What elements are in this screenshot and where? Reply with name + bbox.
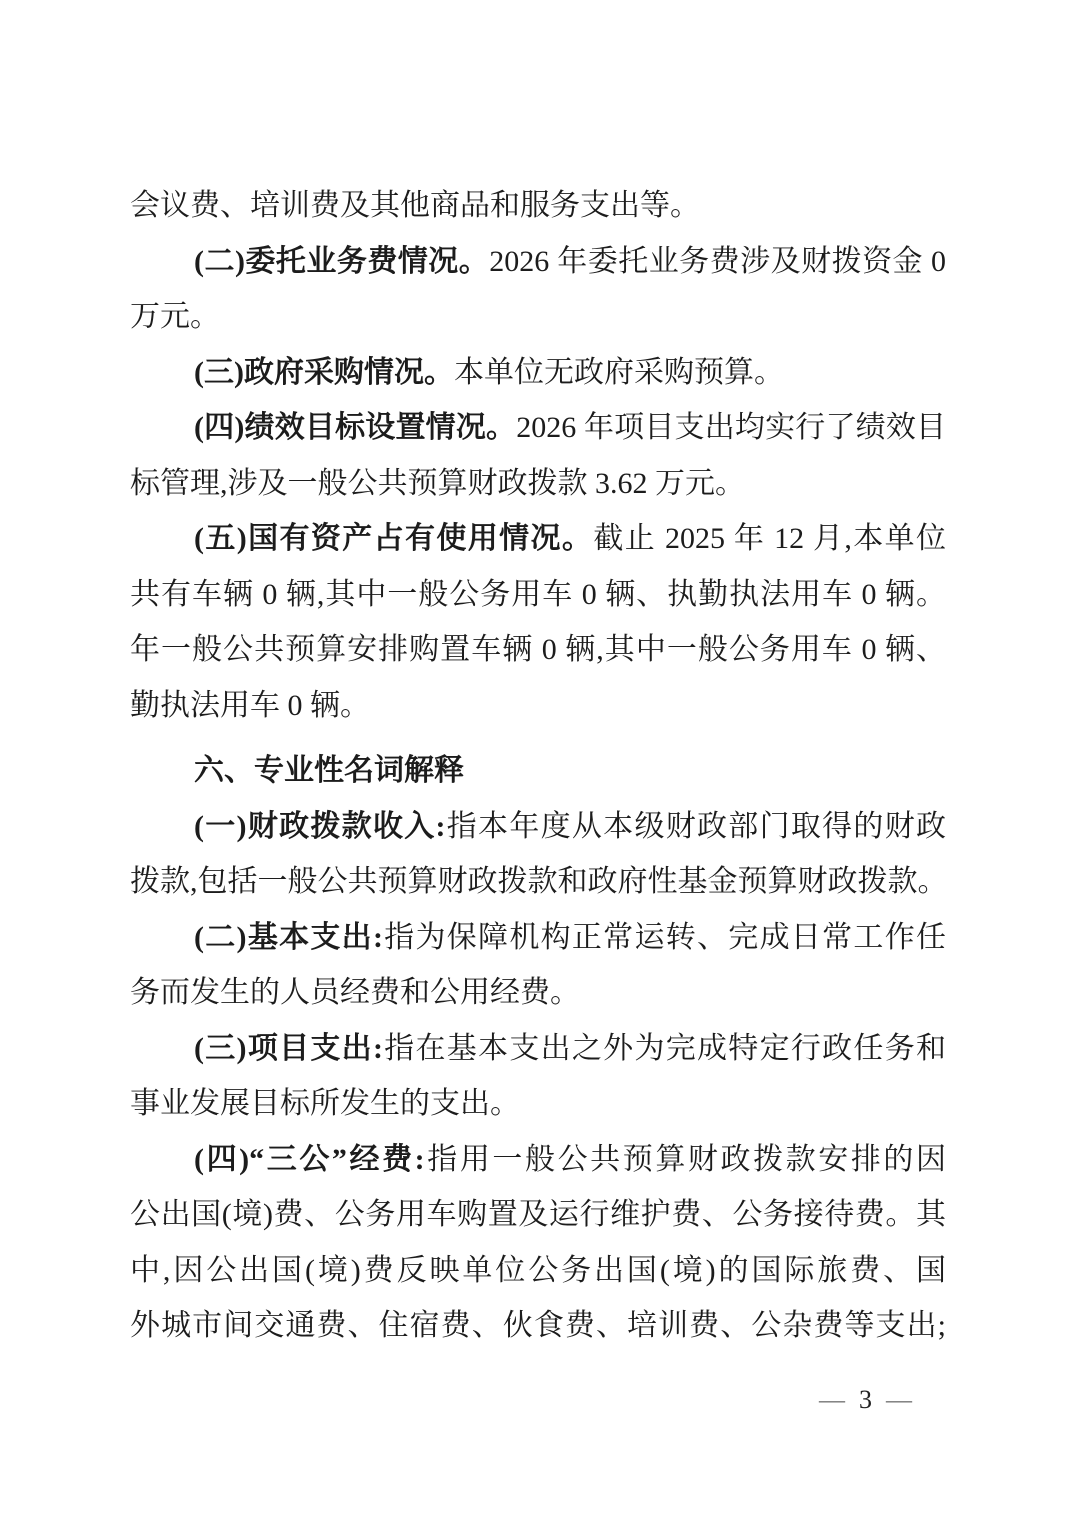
- text-line: 事业发展目标所发生的支出。: [130, 1076, 946, 1132]
- text-segment: 年一般公共预算安排购置车辆 0 辆,其中一般公务用车 0 辆、执: [130, 633, 946, 678]
- text-line: (四)“三公”经费:指用一般公共预算财政拨款安排的因: [130, 1132, 946, 1188]
- bold-text-segment: 六、专业性名词解释: [194, 754, 464, 787]
- text-line: (二)基本支出:指为保障机构正常运转、完成日常工作任: [130, 910, 946, 966]
- text-segment: 2026 年项目支出均实行了绩效目: [516, 411, 946, 444]
- text-segment: 中,因公出国(境)费反映单位公务出国(境)的国际旅费、国: [130, 1254, 946, 1287]
- text-line: 外城市间交通费、住宿费、伙食费、培训费、公杂费等支出;公: [130, 1298, 946, 1354]
- text-line: (三)政府采购情况。本单位无政府采购预算。: [130, 345, 946, 401]
- text-line: 务而发生的人员经费和公用经费。: [130, 965, 946, 1021]
- footer-page-number: 3: [859, 1385, 872, 1414]
- text-segment: 截止 2025 年 12 月,本单位: [593, 522, 946, 555]
- text-line: (五)国有资产占有使用情况。截止 2025 年 12 月,本单位: [130, 511, 946, 567]
- text-segment: 指在基本支出之外为完成特定行政任务和: [383, 1032, 946, 1065]
- bold-text-segment: (五)国有资产占有使用情况。: [194, 522, 593, 555]
- bold-text-segment: (一)财政拨款收入:: [194, 810, 446, 843]
- text-line: 标管理,涉及一般公共预算财政拨款 3.62 万元。: [130, 456, 946, 512]
- text-line: 年一般公共预算安排购置车辆 0 辆,其中一般公务用车 0 辆、执: [130, 622, 946, 678]
- bold-text-segment: (三)政府采购情况。: [194, 356, 454, 389]
- bold-text-segment: (二)基本支出:: [194, 921, 383, 954]
- text-line: (四)绩效目标设置情况。2026 年项目支出均实行了绩效目: [130, 400, 946, 456]
- section-heading: 六、专业性名词解释: [130, 743, 946, 799]
- text-segment: 事业发展目标所发生的支出。: [130, 1087, 520, 1120]
- text-line: (二)委托业务费情况。2026 年委托业务费涉及财拨资金 0: [130, 234, 946, 290]
- text-segment: 指为保障机构正常运转、完成日常工作任: [383, 921, 946, 954]
- text-line: (三)项目支出:指在基本支出之外为完成特定行政任务和: [130, 1021, 946, 1077]
- text-line: 拨款,包括一般公共预算财政拨款和政府性基金预算财政拨款。: [130, 854, 946, 910]
- footer-left-dash: —: [819, 1385, 845, 1414]
- text-segment: 拨款,包括一般公共预算财政拨款和政府性基金预算财政拨款。: [130, 865, 948, 898]
- text-line: (一)财政拨款收入:指本年度从本级财政部门取得的财政: [130, 799, 946, 855]
- page-footer: —3—: [0, 1385, 1074, 1415]
- document-body: 会议费、培训费及其他商品和服务支出等。(二)委托业务费情况。2026 年委托业务…: [130, 178, 946, 1354]
- text-segment: 公出国(境)费、公务用车购置及运行维护费、公务接待费。其: [130, 1198, 946, 1231]
- text-segment: 本单位无政府采购预算。: [454, 356, 784, 389]
- text-segment: 外城市间交通费、住宿费、伙食费、培训费、公杂费等支出;公: [130, 1309, 946, 1354]
- text-segment: 指本年度从本级财政部门取得的财政: [446, 810, 947, 843]
- bold-text-segment: (四)绩效目标设置情况。: [194, 411, 516, 444]
- text-segment: 指用一般公共预算财政拨款安排的因: [425, 1143, 946, 1176]
- text-line: 中,因公出国(境)费反映单位公务出国(境)的国际旅费、国: [130, 1243, 946, 1299]
- text-line: 公出国(境)费、公务用车购置及运行维护费、公务接待费。其: [130, 1187, 946, 1243]
- bold-text-segment: (四)“三公”经费:: [194, 1143, 425, 1176]
- text-segment: 标管理,涉及一般公共预算财政拨款 3.62 万元。: [130, 467, 745, 500]
- text-line: 万元。: [130, 289, 946, 345]
- text-segment: 务而发生的人员经费和公用经费。: [130, 976, 580, 1009]
- bold-text-segment: (二)委托业务费情况。: [194, 245, 489, 278]
- text-segment: 勤执法用车 0 辆。: [130, 689, 370, 722]
- text-segment: 共有车辆 0 辆,其中一般公务用车 0 辆、执勤执法用车 0 辆。2026: [130, 578, 946, 623]
- text-line: 共有车辆 0 辆,其中一般公务用车 0 辆、执勤执法用车 0 辆。2026: [130, 567, 946, 623]
- text-segment: 万元。: [130, 300, 220, 333]
- text-segment: 2026 年委托业务费涉及财拨资金 0: [489, 245, 946, 278]
- footer-right-dash: —: [886, 1385, 912, 1414]
- bold-text-segment: (三)项目支出:: [194, 1032, 383, 1065]
- document-page: { "page": { "background": "#ffffff", "te…: [0, 0, 1074, 1520]
- text-line: 勤执法用车 0 辆。: [130, 678, 946, 734]
- text-segment: 会议费、培训费及其他商品和服务支出等。: [130, 189, 700, 222]
- text-line: 会议费、培训费及其他商品和服务支出等。: [130, 178, 946, 234]
